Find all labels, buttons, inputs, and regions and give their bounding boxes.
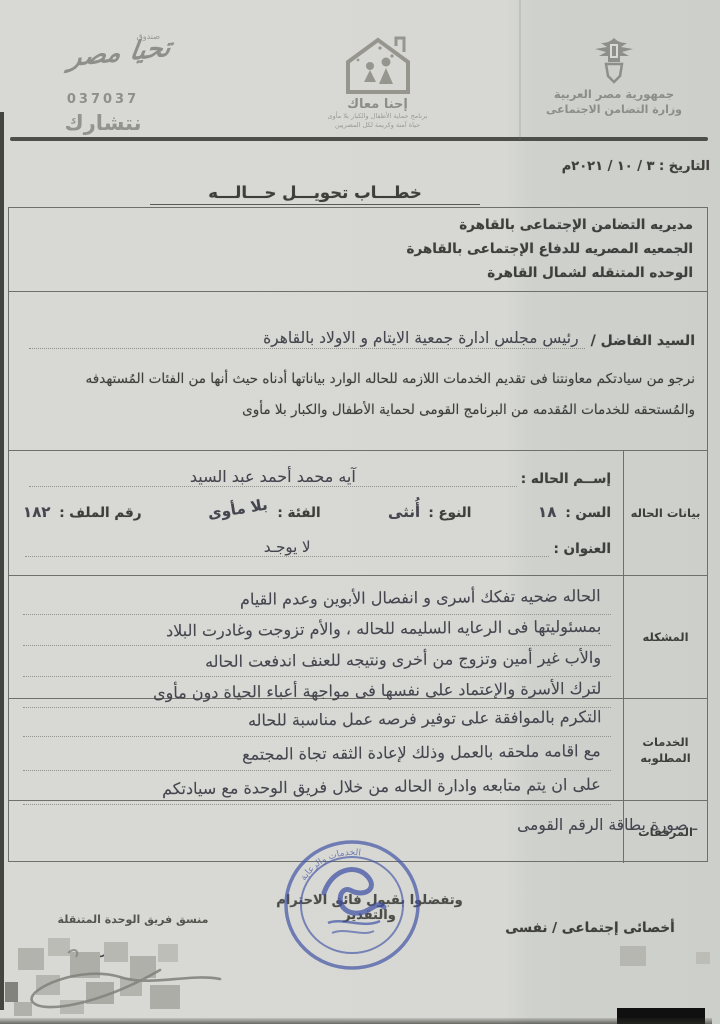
ehna-maak-program-logo: إحنا معاك برنامج حماية الأطفال والكبار ب… xyxy=(295,36,460,130)
redaction-mosaic-right xyxy=(620,946,710,976)
signature-scrawl xyxy=(10,935,240,1020)
file-number-field: رقم الملف : ١٨٢ xyxy=(23,503,142,521)
file-number-handwritten: ١٨٢ xyxy=(23,503,51,521)
problem-line-2: بمسئوليتها فى الرعايه السليمه للحاله ، و… xyxy=(166,613,602,646)
fund-number: 037037 xyxy=(28,92,178,107)
organization-round-stamp: الخدمات والرعاية xyxy=(272,833,432,973)
scan-edge-bar xyxy=(0,112,4,1010)
salutation-fill-line: رئيس مجلس ادارة جمعية الايتام و الاولاد … xyxy=(29,328,585,349)
program-line1: برنامج حماية الأطفال والكبار بلا مأوى xyxy=(295,112,460,121)
house-shelter-icon xyxy=(334,36,422,96)
scanned-case-transfer-letter: صندوق تحيا مصر 037037 نتشارك إحنا معاك ب… xyxy=(0,0,720,1024)
paper-crease xyxy=(519,0,521,140)
problem-row: الحاله ضحيه تفكك أسرى و انفصال الأبوين و… xyxy=(9,576,707,699)
case-data-section-label: بيانات الحاله xyxy=(624,451,707,576)
problem-section-label: المشكله xyxy=(624,576,707,699)
addressee-line-2: الجمعيه المصريه للدفاع الإجتماعى بالقاهر… xyxy=(23,237,693,261)
tahya-misr-calligraphy: تحيا مصر xyxy=(67,33,173,73)
mobile-unit-coordinator-role: منسق فريق الوحدة المتنقلة xyxy=(48,913,218,926)
egypt-government-emblem: جمهورية مصر العربية وزارة التضامن الاجتم… xyxy=(520,36,708,116)
services-row: التكرم بالموافقة على توفير فرصه عمل مناس… xyxy=(9,699,707,801)
salutation-label: السيد الفاضل / xyxy=(591,333,695,349)
problem-line-1: الحاله ضحيه تفكك أسرى و انفصال الأبوين و… xyxy=(240,582,601,614)
addressee-line-3: الوحده المتنقله لشمال القاهرة xyxy=(23,261,693,285)
document-title: خطـــاب تحويـــل حـــالـــه xyxy=(150,183,480,205)
date-line: التاريخ : ٣ / ١٠ / ٢٠٢١م xyxy=(535,159,710,174)
services-line-1: التكرم بالموافقة على توفير فرصه عمل مناس… xyxy=(247,701,601,736)
eagle-emblem-icon xyxy=(591,36,637,84)
program-name: إحنا معاك xyxy=(295,97,460,112)
age-handwritten: ١٨ xyxy=(538,503,557,521)
services-line-3: على ان يتم متابعه وادارة الحاله من خلال … xyxy=(162,769,601,805)
attachments-section-label: المرفقات xyxy=(624,801,707,863)
tahya-misr-fund-logo: صندوق تحيا مصر 037037 نتشارك xyxy=(28,30,178,135)
problem-line-3: والأب غير أمين وتزوج من أخرى ونتيجه للعن… xyxy=(205,644,601,676)
request-paragraph: نرجو من سيادتكم معاونتنا فى تقديم الخدما… xyxy=(25,364,695,426)
case-data-row: إســم الحاله : آيه محمد أحمد عبد السيد ا… xyxy=(9,451,707,576)
age-field: السن : ١٨ xyxy=(538,503,611,521)
salutation-handwritten-value: رئيس مجلس ادارة جمعية الايتام و الاولاد … xyxy=(263,329,579,347)
social-psych-specialist-role: أخصائى إجتماعى / نفسى xyxy=(505,920,675,936)
address-handwritten: لا يوجـد xyxy=(264,538,311,556)
ministry-name: وزارة التضامن الاجتماعى xyxy=(520,103,708,116)
services-line-2: مع اقامه ملحقه بالعمل وذلك لإعادة الثقه … xyxy=(242,735,601,770)
case-name-field: آيه محمد أحمد عبد السيد xyxy=(29,467,517,487)
header-divider xyxy=(10,137,708,141)
category-handwritten: بلا مأوى xyxy=(207,495,269,522)
services-section-label: الخدمات المطلوبه xyxy=(624,699,707,801)
addressee-line-1: مديريه التضامن الإجتماعى بالقاهرة xyxy=(23,213,693,237)
gender-field: النوع : أُنثى xyxy=(388,503,472,521)
program-line2: حياة آمنة وكريمة لكل المصريين xyxy=(295,121,460,130)
section-label-column: بيانات الحاله المشكله الخدمات المطلوبه ا… xyxy=(623,451,707,863)
address-field: لا يوجـد xyxy=(25,537,549,557)
fund-tagline: نتشارك xyxy=(28,111,178,135)
country-name: جمهورية مصر العربية xyxy=(520,87,708,101)
case-name-label: إســم الحاله : xyxy=(521,471,611,487)
case-name-handwritten: آيه محمد أحمد عبد السيد xyxy=(190,467,356,486)
addressee-block: مديريه التضامن الإجتماعى بالقاهرة الجمعي… xyxy=(9,208,707,292)
gender-handwritten: أُنثى xyxy=(387,503,419,521)
form-table: مديريه التضامن الإجتماعى بالقاهرة الجمعي… xyxy=(8,207,708,862)
category-field: الفئة : بلا مأوى xyxy=(208,503,320,521)
stamp-calligraphy-motif xyxy=(324,870,384,914)
salutation-and-request-row: السيد الفاضل / رئيس مجلس ادارة جمعية الا… xyxy=(9,292,707,451)
address-label: العنوان : xyxy=(553,541,611,557)
